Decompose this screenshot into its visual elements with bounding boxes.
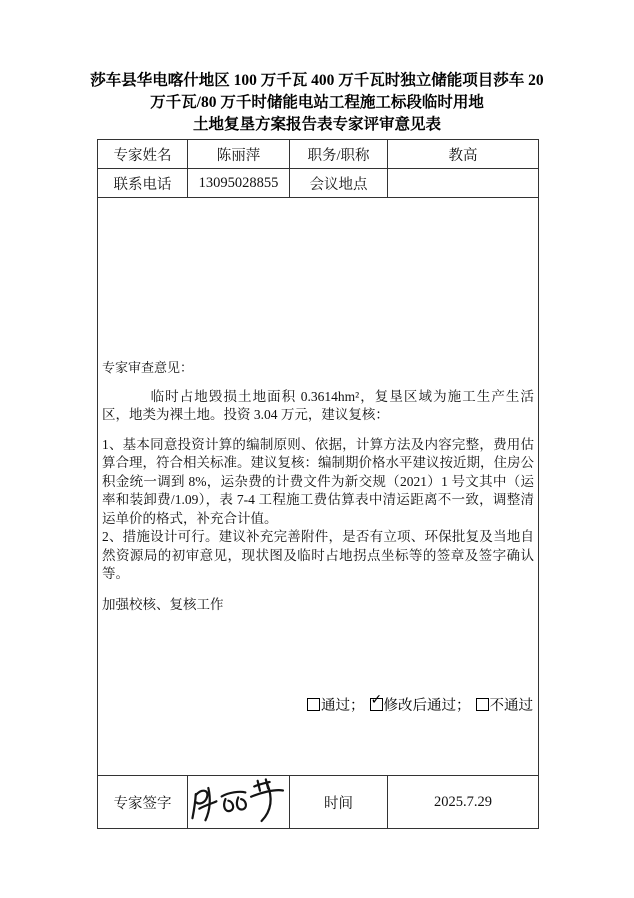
opinion-paragraph: 1、基本同意投资计算的编制原则、依据，计算方法及内容完整，费用估算合理，符合相关…	[102, 436, 534, 529]
checkbox-fail-label: 不通过	[490, 698, 534, 714]
opinion-heading: 专家审查意见：	[102, 359, 534, 378]
time-label-cell: 时间	[290, 776, 388, 829]
phone-label-cell: 联系电话	[98, 169, 188, 198]
opinion-paragraph: 2、措施设计可行。建议补充完善附件，是否有立项、环保批复及当地自然资源局的初审意…	[102, 528, 534, 584]
opinion-row: 专家审查意见： 临时占地毁损土地面积 0.3614hm²，复垦区域为施工生产生活…	[98, 198, 539, 776]
expert-name-label-cell: 专家姓名	[98, 140, 188, 169]
checkbox-pass[interactable]: 通过；	[307, 694, 365, 715]
signature-row: 专家签字	[98, 776, 539, 829]
check-mark-icon: ✓	[371, 693, 383, 707]
expert-name-value-cell: 陈丽萍	[188, 140, 290, 169]
position-label-cell: 职务/职称	[290, 140, 388, 169]
checkbox-icon	[307, 698, 320, 711]
document-title-line1: 莎车县华电喀什地区 100 万千瓦 400 万千瓦时独立储能项目莎车 20	[0, 70, 634, 92]
expert-info-row: 专家姓名 陈丽萍 职务/职称 教高	[98, 140, 539, 169]
checkbox-pass-after-revision-label: 修改后通过；	[384, 698, 471, 714]
venue-label-cell: 会议地点	[290, 169, 388, 198]
signature-value-cell	[188, 776, 290, 829]
opinion-paragraph: 加强校核、复核工作	[102, 596, 534, 615]
checkbox-pass-after-revision[interactable]: ✓修改后通过；	[370, 694, 471, 715]
expert-signature	[188, 778, 289, 826]
contact-info-row: 联系电话 13095028855 会议地点	[98, 169, 539, 198]
opinion-paragraph: 临时占地毁损土地面积 0.3614hm²，复垦区域为施工生产生活区，地类为裸土地…	[102, 388, 534, 425]
document-page: 莎车县华电喀什地区 100 万千瓦 400 万千瓦时独立储能项目莎车 20 万千…	[0, 0, 634, 898]
document-title-line2: 万千瓦/80 万千时储能电站工程施工标段临时用地	[0, 92, 634, 114]
checkbox-fail[interactable]: 不通过	[476, 694, 534, 715]
time-value-cell: 2025.7.29	[388, 776, 539, 829]
checkbox-icon	[476, 698, 489, 711]
checkbox-icon: ✓	[370, 698, 383, 711]
decision-options: 通过；✓修改后通过；不通过	[302, 694, 533, 715]
phone-value-cell: 13095028855	[188, 169, 290, 198]
document-title: 莎车县华电喀什地区 100 万千瓦 400 万千瓦时独立储能项目莎车 20 万千…	[0, 70, 634, 136]
venue-value-cell	[388, 169, 539, 198]
review-form-table: 专家姓名 陈丽萍 职务/职称 教高 联系电话 13095028855 会议地点 …	[97, 139, 539, 829]
opinion-cell: 专家审查意见： 临时占地毁损土地面积 0.3614hm²，复垦区域为施工生产生活…	[98, 198, 539, 776]
position-value-cell: 教高	[388, 140, 539, 169]
checkbox-pass-label: 通过；	[321, 698, 365, 714]
signature-label-cell: 专家签字	[98, 776, 188, 829]
document-title-line3: 土地复垦方案报告表专家评审意见表	[0, 114, 634, 136]
